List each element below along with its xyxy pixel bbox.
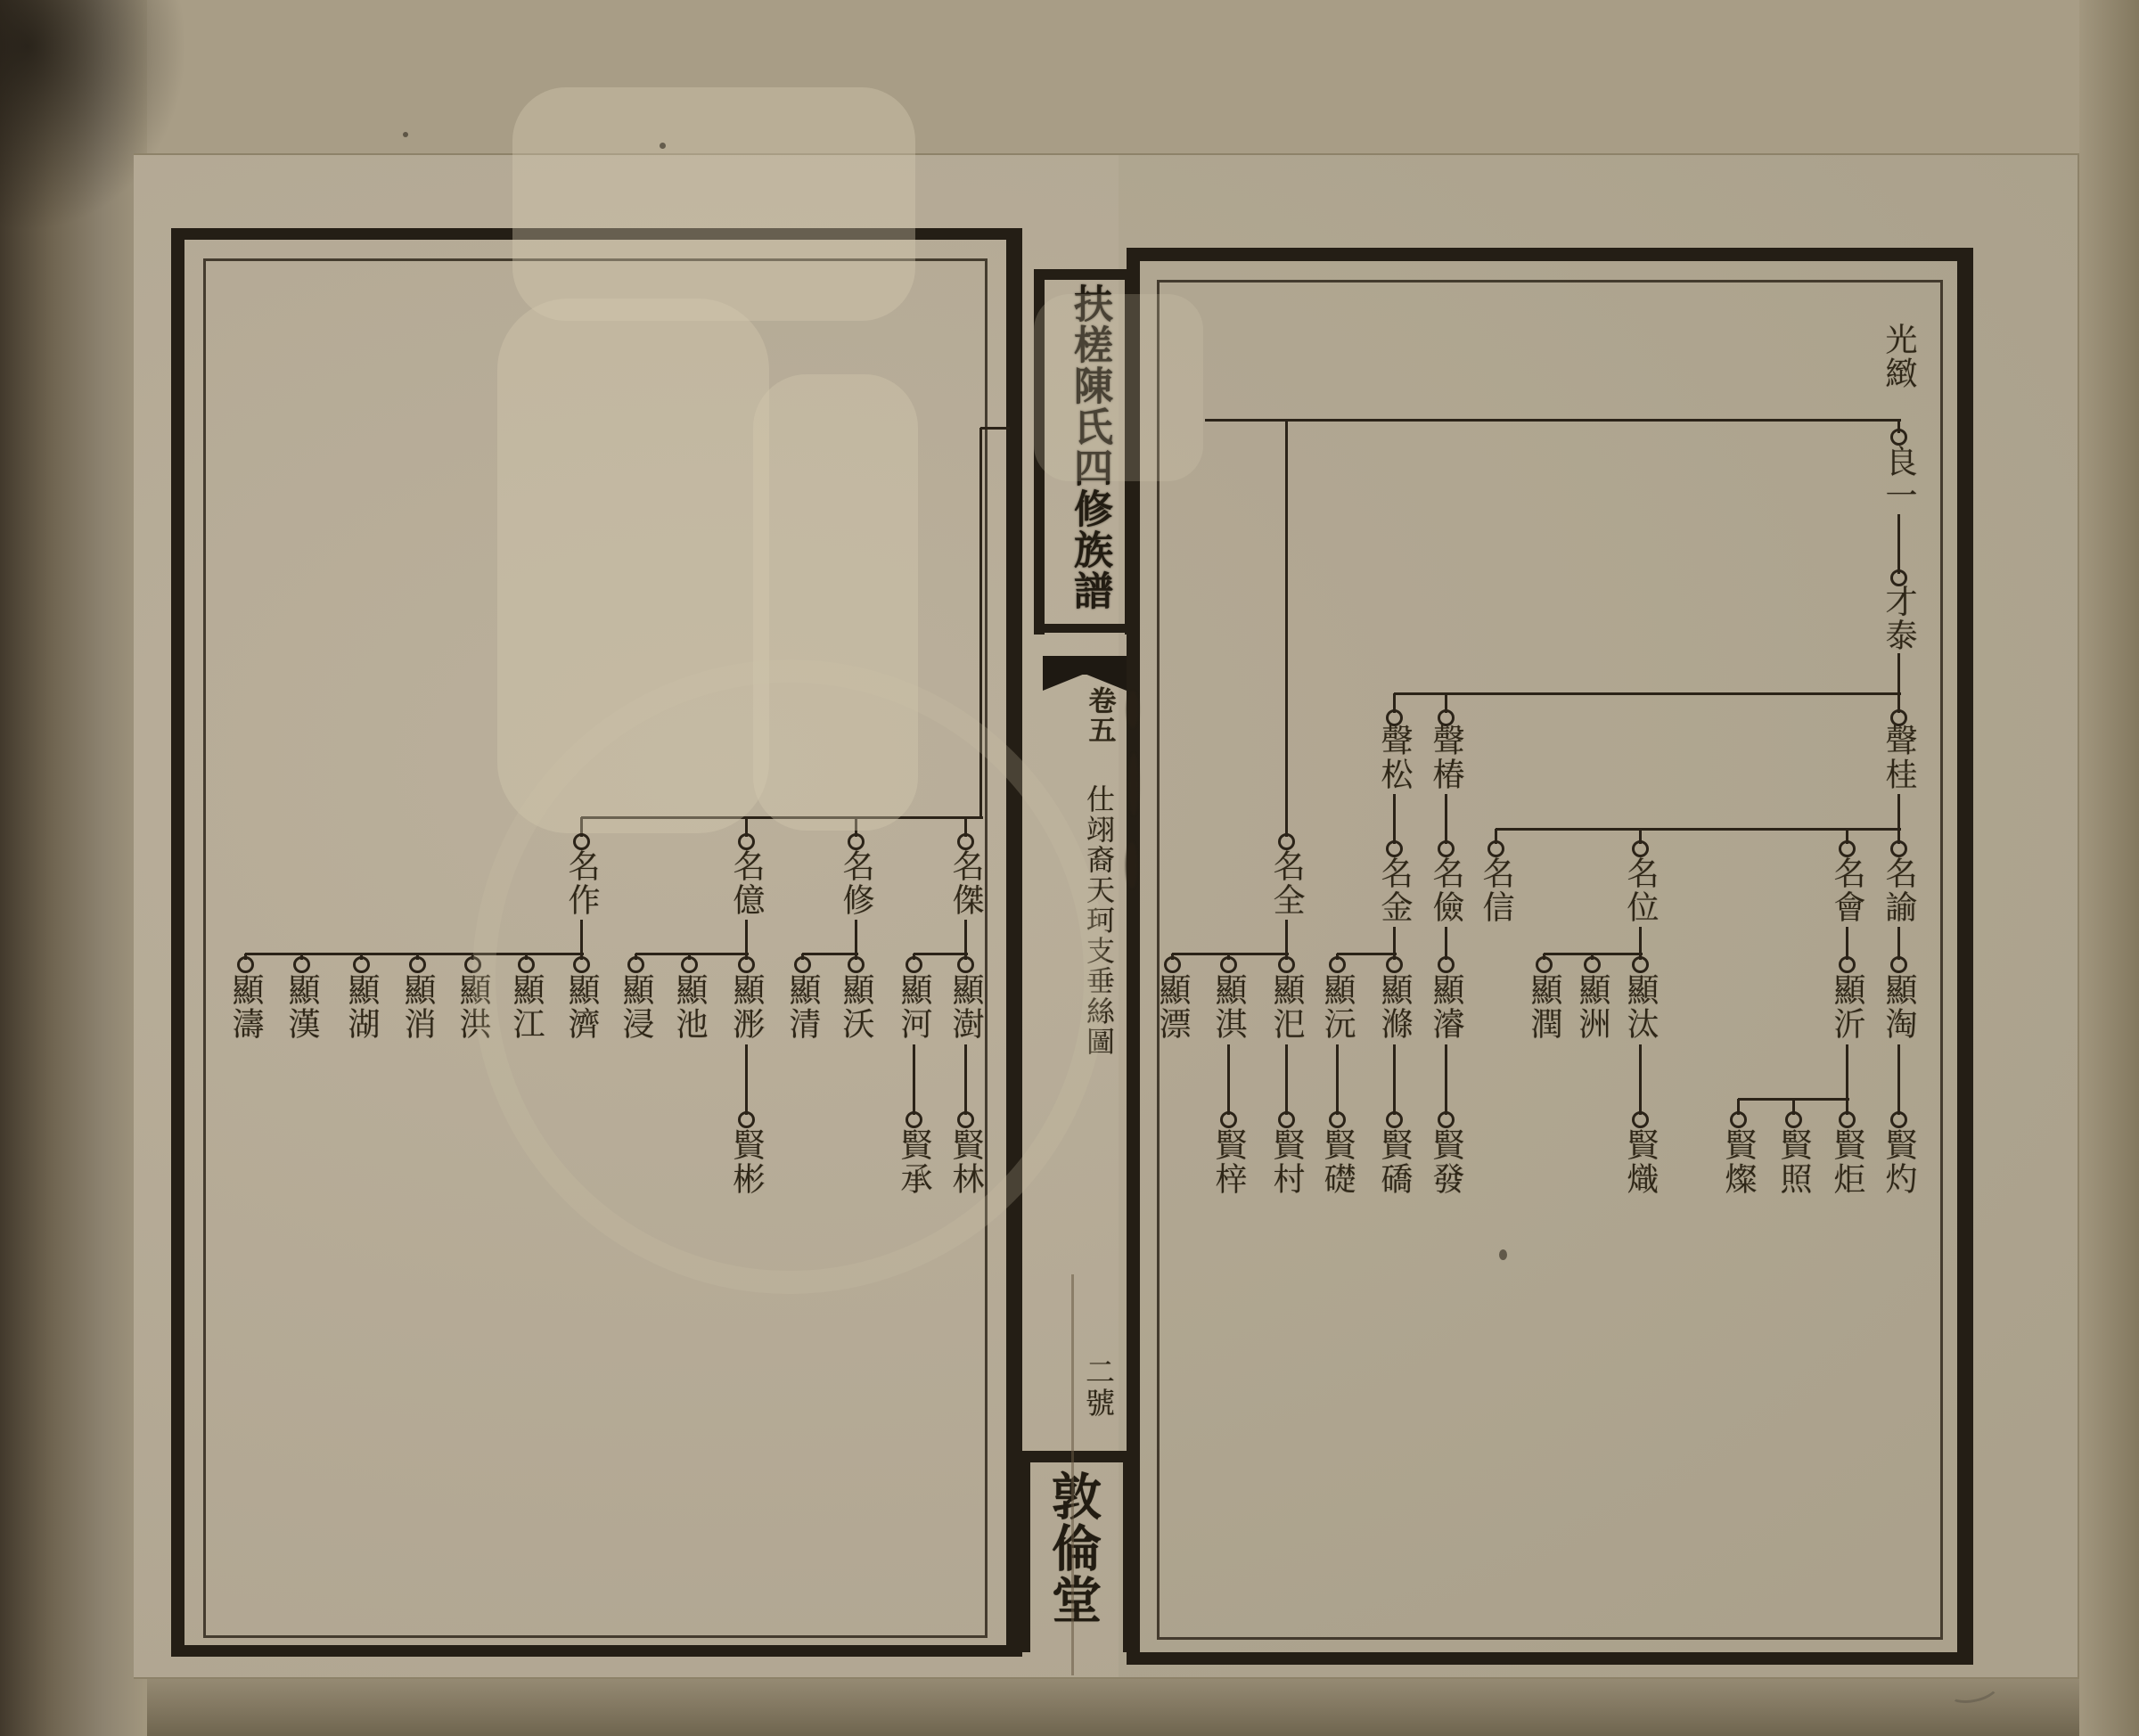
person-name-liangyi: 良一 <box>1881 445 1916 512</box>
person-name-xiantai: 顯汰 <box>1622 973 1658 1041</box>
person-node-circle <box>1438 1111 1455 1128</box>
person-node-circle <box>1278 833 1295 850</box>
person-node-circle <box>353 956 370 973</box>
person-node-circle <box>1220 1111 1237 1128</box>
person-name-xianqiao: 賢礄 <box>1376 1128 1412 1196</box>
tree-connector-line <box>1172 953 1289 955</box>
person-node-circle <box>1632 956 1649 973</box>
person-name-mingyu: 名諭 <box>1881 856 1916 924</box>
person-name-xianyi: 顯沂 <box>1829 973 1864 1041</box>
person-name-xianyuan: 顯沅 <box>1319 973 1355 1041</box>
person-node-circle <box>1220 956 1237 973</box>
person-node-circle <box>1785 1111 1802 1128</box>
person-node-circle <box>1438 840 1455 857</box>
ink-speck <box>1499 1249 1507 1260</box>
person-name-xiantao2: 顯淘 <box>1881 973 1916 1041</box>
person-name-shengsong: 聲松 <box>1376 724 1412 791</box>
person-name-xiantao: 顯濤 <box>227 973 263 1041</box>
tree-connector-line <box>1897 927 1900 960</box>
tree-connector-line <box>1639 927 1642 955</box>
person-node-circle <box>1278 956 1295 973</box>
person-name-shengchun: 聲椿 <box>1428 724 1463 791</box>
person-name-xianhu: 顯湖 <box>343 973 379 1041</box>
person-name-xiancun: 賢村 <box>1268 1128 1304 1196</box>
person-node-circle <box>1839 840 1856 857</box>
person-name-xianchi: 賢熾 <box>1622 1128 1658 1196</box>
person-node-circle <box>1487 840 1504 857</box>
tree-connector-line <box>1337 953 1397 955</box>
person-name-xianqi: 顯淇 <box>1210 973 1246 1041</box>
person-node-circle <box>1890 840 1907 857</box>
person-node-circle <box>1632 1111 1649 1128</box>
person-name-xianju: 賢炬 <box>1829 1128 1864 1196</box>
person-node-circle <box>1329 1111 1346 1128</box>
tree-connector-line <box>1846 1044 1848 1115</box>
person-name-xiansi: 顯汜 <box>1268 973 1304 1041</box>
tree-connector-line <box>1445 794 1447 844</box>
person-name-mingjian: 名儉 <box>1428 856 1463 924</box>
person-name-guangzhi: 光緻 <box>1881 323 1916 390</box>
tree-connector-line <box>980 427 1010 430</box>
tree-connector-line <box>1393 794 1396 844</box>
ink-smudge <box>1128 753 1139 815</box>
ink-smudge <box>1126 842 1138 888</box>
person-name-mingjin: 名金 <box>1376 856 1412 924</box>
person-name-xianzhou: 顯洲 <box>1574 973 1610 1041</box>
person-name-xianhan: 顯漢 <box>283 973 319 1041</box>
tree-connector-line <box>1445 1044 1447 1115</box>
person-name-mingquan: 名全 <box>1268 849 1304 917</box>
person-node-circle <box>1890 956 1907 973</box>
tree-connector-line <box>1897 653 1900 713</box>
watermark-ring <box>472 659 1107 1294</box>
person-node-circle <box>1386 956 1403 973</box>
tree-connector-line <box>1846 927 1848 960</box>
watermark-shape <box>1034 294 1203 481</box>
tree-connector-line <box>1897 514 1900 574</box>
person-name-mingxin: 名信 <box>1478 856 1513 924</box>
person-node-circle <box>1536 956 1553 973</box>
tree-connector-line <box>1393 927 1396 955</box>
person-node-circle <box>1730 1111 1747 1128</box>
person-node-circle <box>1438 956 1455 973</box>
person-name-xianzi: 賢梓 <box>1210 1128 1246 1196</box>
person-name-mingwei: 名位 <box>1622 856 1658 924</box>
person-name-xiancan: 賢燦 <box>1720 1128 1756 1196</box>
tree-connector-line <box>1285 920 1288 955</box>
tree-connector-line <box>1336 1044 1339 1115</box>
tree-connector-line <box>1445 927 1447 960</box>
person-node-circle <box>1386 840 1403 857</box>
person-name-xianrun: 顯潤 <box>1526 973 1561 1041</box>
person-node-circle <box>1890 1111 1907 1128</box>
person-name-xianfa: 賢發 <box>1428 1128 1463 1196</box>
person-node-circle <box>409 956 426 973</box>
ink-smudge <box>1127 691 1139 728</box>
tree-connector-line <box>1205 419 1901 422</box>
person-name-shenggui: 聲桂 <box>1881 724 1916 791</box>
person-node-circle <box>1329 956 1346 973</box>
person-name-xianzhao: 賢照 <box>1775 1128 1811 1196</box>
tree-connector-line <box>1393 1044 1396 1115</box>
person-name-xianxiao: 顯消 <box>399 973 435 1041</box>
person-node-circle <box>237 956 254 973</box>
person-name-xianjun: 顯濬 <box>1428 973 1463 1041</box>
person-node-circle <box>1386 1111 1403 1128</box>
person-name-xianzhuo: 賢灼 <box>1881 1128 1916 1196</box>
person-node-circle <box>1632 840 1649 857</box>
person-name-xianchu: 賢礎 <box>1319 1128 1355 1196</box>
tree-connector-line <box>1897 794 1900 844</box>
person-node-circle <box>1890 429 1907 446</box>
person-name-xiandi: 顯滌 <box>1376 973 1412 1041</box>
person-node-circle <box>1584 956 1601 973</box>
tree-connector-line <box>1227 1044 1230 1115</box>
person-node-circle <box>1839 1111 1856 1128</box>
person-name-minghui: 名會 <box>1829 856 1864 924</box>
tree-connector-line <box>1394 692 1901 695</box>
person-name-caitai: 才泰 <box>1881 585 1916 652</box>
person-node-circle <box>1278 1111 1295 1128</box>
ink-speck <box>660 143 666 149</box>
tree-connector-line <box>1285 420 1288 837</box>
person-node-circle <box>1164 956 1181 973</box>
ink-speck <box>403 132 408 137</box>
tree-connector-line <box>1496 828 1901 831</box>
person-name-xianpiao: 顯漂 <box>1154 973 1190 1041</box>
scanned-genealogy-spread: 扶槎陳氏四修族譜 卷五 仕翊裔天珂支垂絲圖 二號 敦倫堂 光緻良一才泰聲桂聲椿聲… <box>0 0 2139 1736</box>
person-node-circle <box>293 956 310 973</box>
watermark-shape <box>512 87 915 321</box>
tree-connector-line <box>1285 1044 1288 1115</box>
tree-connector-line <box>1639 1044 1642 1115</box>
tree-connector-line <box>1897 1044 1900 1115</box>
person-node-circle <box>1839 956 1856 973</box>
